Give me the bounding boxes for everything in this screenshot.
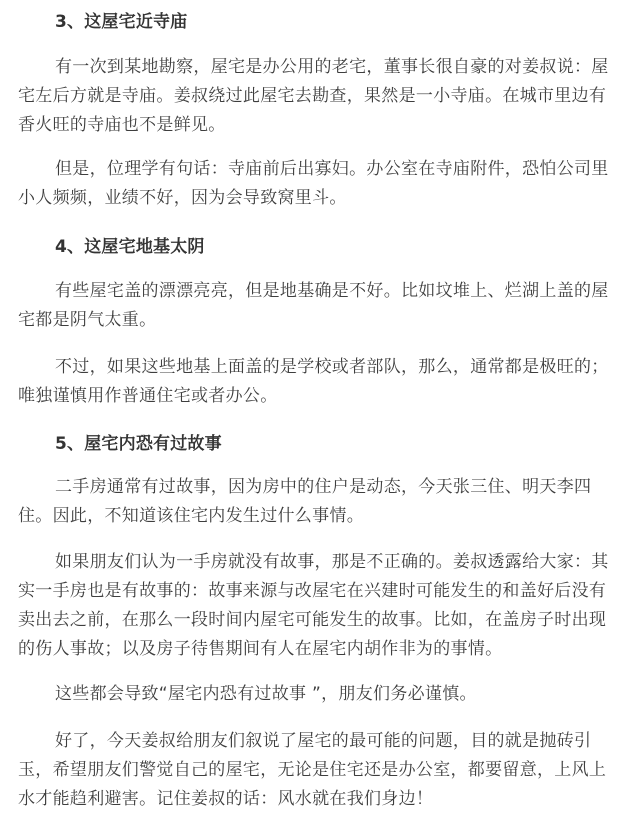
paragraph: 如果朋友们认为一手房就没有故事，那是不正确的。姜叔透露给大家：其实一手房也是有故… — [18, 548, 623, 664]
section-heading-3: 3、这屋宅近寺庙 — [55, 10, 187, 34]
paragraph: 好了，今天姜叔给朋友们叙说了屋宅的最可能的问题，目的就是抛砖引玉，希望朋友们警觉… — [18, 727, 623, 814]
paragraph: 二手房通常有过故事，因为房中的住户是动态，今天张三住、明天李四住。因此，不知道该… — [18, 473, 623, 531]
paragraph: 但是，位理学有句话：寺庙前后出寡妇。办公室在寺庙附件，恐怕公司里小人频频，业绩不… — [18, 155, 623, 213]
paragraph: 有一次到某地勘察，屋宅是办公用的老宅，董事长很自豪的对姜叔说：屋宅左后方就是寺庙… — [18, 53, 623, 140]
paragraph: 不过，如果这些地基上面盖的是学校或者部队，那么，通常都是极旺的；唯独谨慎用作普通… — [18, 353, 623, 411]
section-heading-5: 5、屋宅内恐有过故事 — [55, 432, 222, 456]
paragraph: 这些都会导致“屋宅内恐有过故事 ”，朋友们务必谨慎。 — [18, 680, 623, 709]
article-body: 3、这屋宅近寺庙 有一次到某地勘察，屋宅是办公用的老宅，董事长很自豪的对姜叔说：… — [0, 0, 639, 816]
paragraph: 有些屋宅盖的漂漂亮亮，但是地基确是不好。比如坟堆上、烂湖上盖的屋宅都是阴气太重。 — [18, 277, 623, 335]
section-heading-4: 4、这屋宅地基太阴 — [55, 235, 205, 259]
